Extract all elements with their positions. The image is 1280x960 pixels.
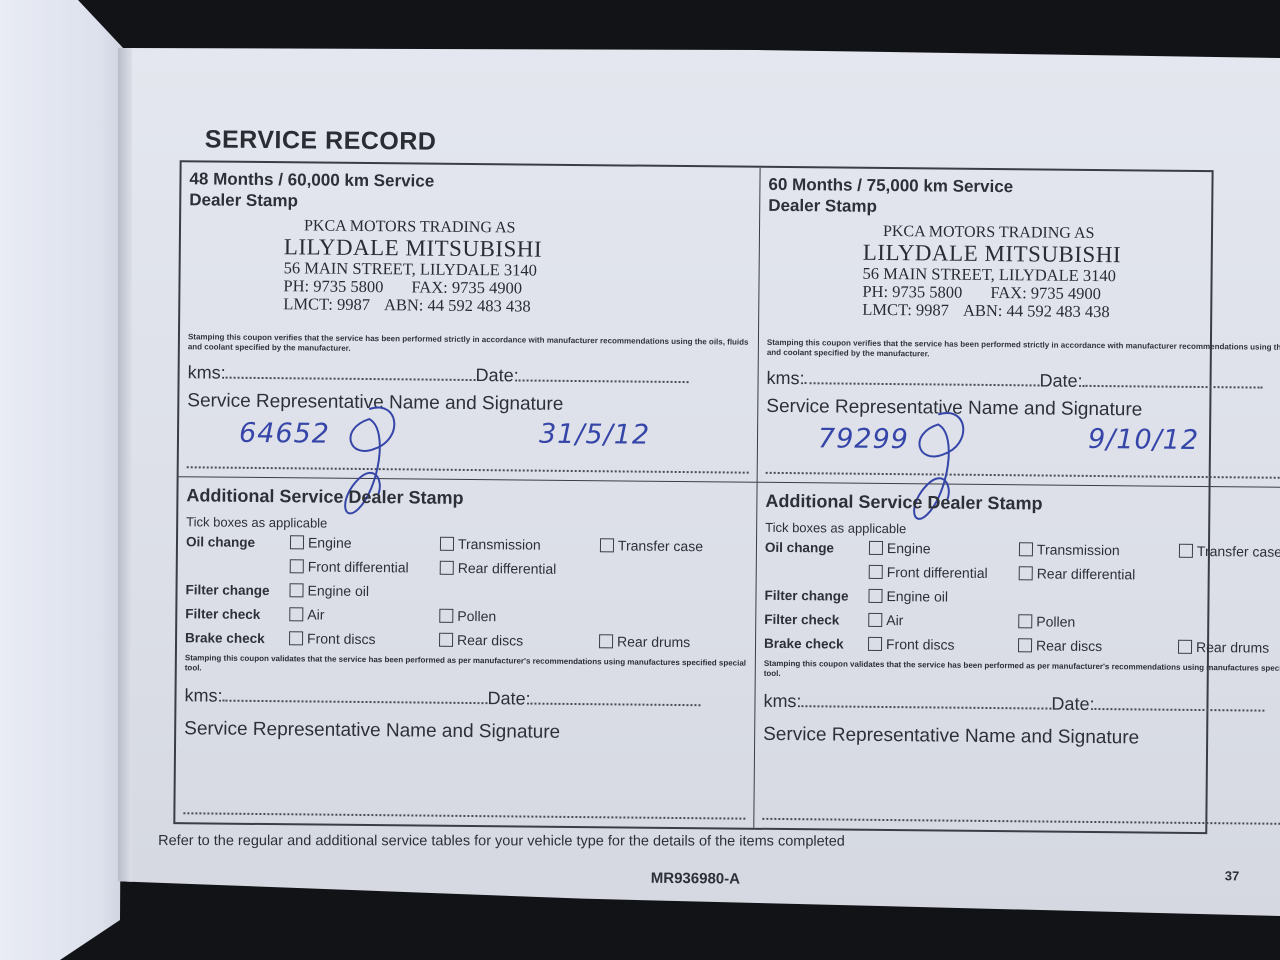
checkbox-option[interactable]: Front differential bbox=[869, 564, 1019, 581]
checkbox-option[interactable]: Transmission bbox=[1019, 541, 1179, 559]
verification-note: Stamping this coupon verifies that the s… bbox=[767, 338, 1280, 363]
checkbox[interactable] bbox=[440, 561, 454, 575]
date-field[interactable] bbox=[530, 689, 700, 707]
checkbox-option[interactable]: Transfer case bbox=[600, 537, 750, 554]
checkbox-label: Rear discs bbox=[457, 632, 523, 649]
checkbox[interactable] bbox=[439, 609, 453, 623]
checklist-category-label: Oil change bbox=[186, 534, 290, 550]
stamp-phone: PH: 9735 5800 bbox=[283, 276, 383, 296]
date-field[interactable] bbox=[519, 365, 689, 383]
checkbox-label: Transmission bbox=[458, 536, 541, 553]
verification-note: Stamping this coupon verifies that the s… bbox=[188, 332, 752, 357]
checkbox[interactable] bbox=[599, 634, 613, 648]
kms-field[interactable] bbox=[226, 363, 476, 381]
checkbox-label: Rear drums bbox=[1196, 639, 1269, 656]
kms-label: kms: bbox=[184, 685, 222, 705]
date-label: Date: bbox=[1051, 694, 1094, 714]
checkbox-label: Transmission bbox=[1037, 541, 1120, 558]
checkbox-option[interactable]: Front discs bbox=[868, 636, 1018, 653]
checklist-category-label bbox=[765, 571, 869, 572]
stamp-phone: PH: 9735 5800 bbox=[862, 282, 962, 302]
checklist-category-label bbox=[186, 565, 290, 566]
stamp-abn: ABN: 44 592 483 438 bbox=[963, 301, 1110, 321]
checkbox[interactable] bbox=[289, 631, 303, 645]
date-label: Date: bbox=[487, 688, 530, 708]
checkbox-label: Rear differential bbox=[1037, 565, 1136, 582]
kms-label: kms: bbox=[763, 691, 801, 711]
kms-field[interactable] bbox=[222, 686, 487, 705]
checkbox-label: Engine oil bbox=[307, 582, 369, 599]
signature-line[interactable] bbox=[762, 818, 1280, 825]
checkbox-option[interactable]: Front discs bbox=[289, 630, 439, 647]
kms-date-row: kms:Date: bbox=[184, 685, 748, 711]
kms-date-row: kms:Date: bbox=[766, 368, 1280, 399]
checkbox-label: Rear drums bbox=[617, 633, 690, 650]
service-checklist: Oil changeEngineTransmissionTransfer cas… bbox=[185, 529, 750, 654]
checkbox-label: Air bbox=[886, 612, 903, 628]
page-number: 37 bbox=[1225, 868, 1240, 883]
kms-label: kms: bbox=[767, 368, 805, 388]
checkbox-label: Engine bbox=[308, 534, 352, 550]
checklist-category-label: Filter check bbox=[764, 611, 868, 627]
service-coupon-60-months: 60 Months / 75,000 km Service Dealer Sta… bbox=[758, 168, 1280, 489]
signature-label: Service Representative Name and Signatur… bbox=[766, 396, 1280, 423]
stamp-lmct: LMCT: 9987 bbox=[862, 300, 949, 320]
checkbox-option[interactable]: Air bbox=[868, 612, 1018, 629]
checkbox[interactable] bbox=[1019, 542, 1033, 556]
kms-date-row: kms:Date: bbox=[763, 691, 1280, 717]
additional-heading: Additional Service Dealer Stamp bbox=[765, 491, 1280, 517]
checkbox[interactable] bbox=[1019, 566, 1033, 580]
stamp-fax: FAX: 9735 4900 bbox=[411, 277, 522, 297]
kms-handwritten-value: 64652 bbox=[239, 418, 330, 450]
checkbox[interactable] bbox=[440, 537, 454, 551]
checkbox-label: Rear differential bbox=[458, 560, 557, 577]
date-handwritten-value: 31/5/12 bbox=[539, 419, 650, 451]
checkbox-option[interactable]: Transmission bbox=[440, 536, 600, 554]
signature-label: Service Representative Name and Signatur… bbox=[184, 718, 748, 745]
signature-line[interactable] bbox=[183, 812, 745, 819]
checkbox-label: Front differential bbox=[308, 558, 409, 575]
checkbox-label: Engine oil bbox=[886, 588, 948, 605]
checkbox[interactable] bbox=[600, 538, 614, 552]
stamp-lmct: LMCT: 9987 bbox=[283, 294, 370, 314]
footer-note: Refer to the regular and additional serv… bbox=[158, 833, 845, 850]
checklist-category-label: Filter change bbox=[764, 587, 868, 603]
additional-service-coupon-left: Additional Service Dealer Stamp Tick box… bbox=[175, 477, 757, 828]
checkbox-label: Transfer case bbox=[1197, 543, 1280, 560]
service-record-page: SERVICE RECORD 48 Months / 60,000 km Ser… bbox=[153, 125, 1230, 895]
kms-field[interactable] bbox=[801, 691, 1051, 709]
checkbox-label: Transfer case bbox=[618, 537, 703, 554]
service-grid: 48 Months / 60,000 km Service Dealer Sta… bbox=[173, 160, 1213, 834]
checkbox-option[interactable]: Engine oil bbox=[868, 588, 1018, 605]
checkbox[interactable] bbox=[1178, 640, 1192, 654]
dealer-stamp-label: Dealer Stamp bbox=[768, 195, 1280, 221]
checkbox[interactable] bbox=[290, 559, 304, 573]
checkbox-option[interactable]: Front differential bbox=[290, 558, 440, 575]
checklist-category-label: Oil change bbox=[765, 539, 869, 555]
kms-date-row: kms:Date: bbox=[187, 362, 751, 393]
checkbox[interactable] bbox=[869, 565, 883, 579]
checkbox[interactable] bbox=[868, 613, 882, 627]
checkbox-option[interactable]: Transfer case bbox=[1179, 543, 1280, 560]
checkbox[interactable] bbox=[1018, 614, 1032, 628]
date-handwritten-value: 9/10/12 bbox=[1088, 424, 1199, 456]
left-page bbox=[0, 0, 125, 960]
checkbox-option[interactable]: Rear discs bbox=[1018, 637, 1178, 655]
checkbox[interactable] bbox=[289, 607, 303, 621]
checkbox-option[interactable]: Rear differential bbox=[1019, 565, 1179, 583]
checkbox-label: Front differential bbox=[887, 564, 988, 581]
checkbox-option[interactable]: Pollen bbox=[1018, 613, 1178, 631]
checkbox-label: Front discs bbox=[886, 636, 955, 653]
dealer-stamp: PKCA MOTORS TRADING AS LILYDALE MITSUBIS… bbox=[283, 217, 753, 317]
checkbox-label: Front discs bbox=[307, 630, 376, 647]
page-title: SERVICE RECORD bbox=[205, 125, 437, 156]
checkbox-option[interactable]: Pollen bbox=[439, 608, 599, 626]
signature-line[interactable] bbox=[766, 472, 1280, 479]
checkbox[interactable] bbox=[1018, 638, 1032, 652]
checkbox-option[interactable]: Air bbox=[289, 606, 439, 623]
checklist-row: Brake checkFront discsRear discsRear dru… bbox=[764, 631, 1280, 660]
document-code: MR936980-A bbox=[651, 870, 740, 888]
service-coupon-48-months: 48 Months / 60,000 km Service Dealer Sta… bbox=[179, 162, 761, 483]
validation-note: Stamping this coupon validates that the … bbox=[764, 659, 1280, 684]
checklist-category-label: Brake check bbox=[764, 635, 868, 651]
signature-line[interactable] bbox=[187, 466, 749, 473]
additional-service-coupon-right: Additional Service Dealer Stamp Tick box… bbox=[754, 483, 1280, 834]
additional-heading: Additional Service Dealer Stamp bbox=[186, 485, 750, 511]
validation-note: Stamping this coupon validates that the … bbox=[185, 653, 749, 678]
checklist-category-label: Filter check bbox=[185, 606, 289, 622]
signature-label: Service Representative Name and Signatur… bbox=[187, 390, 751, 417]
kms-label: kms: bbox=[188, 362, 226, 382]
checkbox[interactable] bbox=[869, 541, 883, 555]
checkbox[interactable] bbox=[289, 583, 303, 597]
date-label: Date: bbox=[1039, 370, 1082, 390]
dealer-stamp-label: Dealer Stamp bbox=[189, 189, 753, 215]
checkbox-option[interactable]: Engine oil bbox=[289, 582, 439, 599]
stamp-abn: ABN: 44 592 483 438 bbox=[384, 295, 531, 315]
checkbox-label: Pollen bbox=[457, 608, 496, 624]
dealer-stamp: PKCA MOTORS TRADING AS LILYDALE MITSUBIS… bbox=[862, 223, 1280, 323]
checkbox[interactable] bbox=[868, 637, 882, 651]
date-field[interactable] bbox=[1094, 694, 1264, 712]
checkbox[interactable] bbox=[868, 589, 882, 603]
stamp-fax: FAX: 9735 4900 bbox=[990, 283, 1101, 303]
checklist-category-label: Filter change bbox=[185, 582, 289, 598]
service-checklist: Oil changeEngineTransmissionTransfer cas… bbox=[764, 535, 1280, 660]
date-label: Date: bbox=[476, 365, 519, 385]
checkbox[interactable] bbox=[290, 535, 304, 549]
checkbox-option[interactable]: Rear differential bbox=[440, 560, 600, 578]
checkbox[interactable] bbox=[1179, 544, 1193, 558]
date-field[interactable] bbox=[1083, 371, 1263, 389]
checkbox-option[interactable]: Rear drums bbox=[599, 633, 749, 650]
checkbox-label: Engine bbox=[887, 540, 931, 556]
checkbox-option[interactable]: Engine bbox=[290, 534, 440, 551]
checkbox-option[interactable]: Rear drums bbox=[1178, 639, 1280, 656]
checkbox-label: Pollen bbox=[1036, 613, 1075, 629]
checkbox-option[interactable]: Rear discs bbox=[439, 632, 599, 650]
kms-handwritten-value: 79299 bbox=[818, 423, 909, 455]
checkbox-option[interactable]: Engine bbox=[869, 540, 1019, 557]
checklist-row: Brake checkFront discsRear discsRear dru… bbox=[185, 625, 749, 654]
checkbox-label: Air bbox=[307, 606, 324, 622]
kms-field[interactable] bbox=[805, 368, 1040, 386]
checkbox-label: Rear discs bbox=[1036, 637, 1102, 654]
signature-label: Service Representative Name and Signatur… bbox=[763, 724, 1280, 751]
checkbox[interactable] bbox=[439, 633, 453, 647]
checklist-category-label: Brake check bbox=[185, 630, 289, 646]
